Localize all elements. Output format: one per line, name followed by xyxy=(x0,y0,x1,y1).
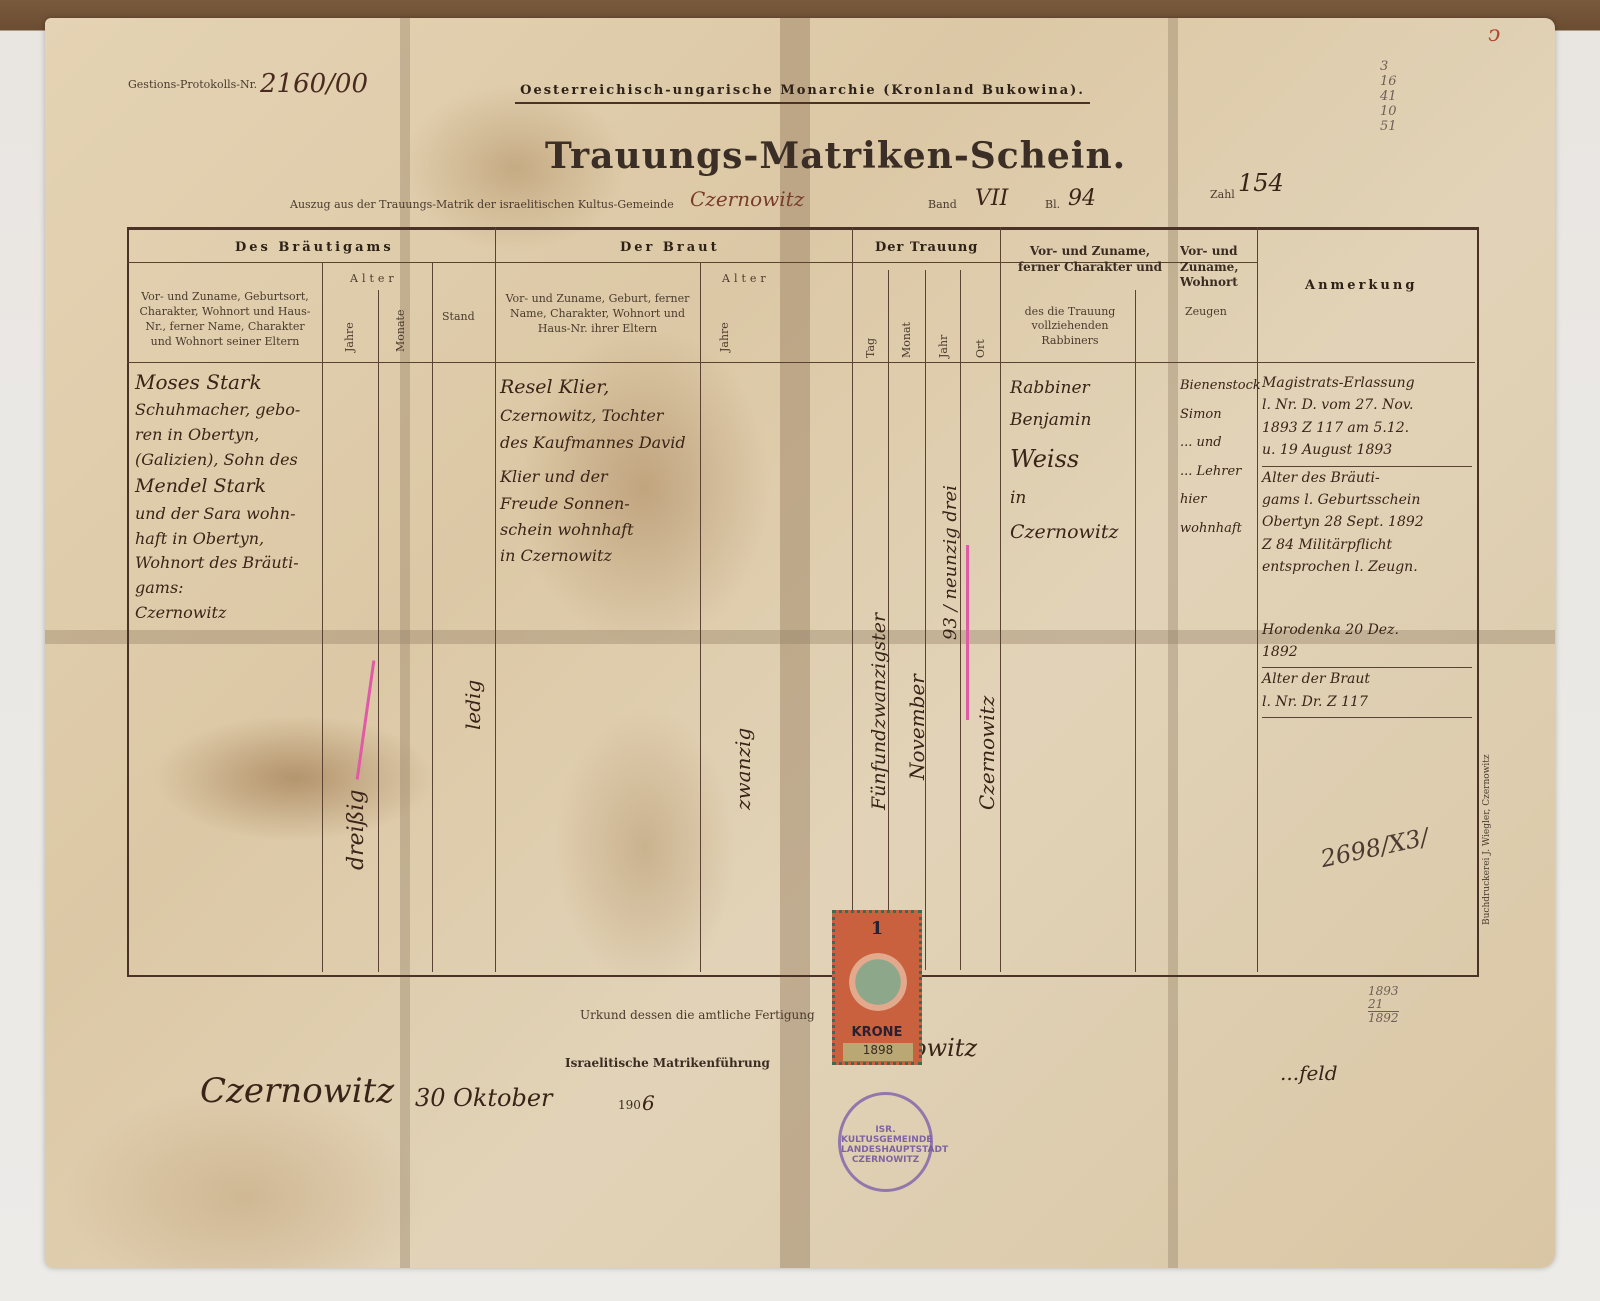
pencil-note: 1892 xyxy=(1368,1011,1399,1025)
registrar-signature: ...feld xyxy=(1280,1058,1338,1089)
groom-entry-line: Wohnort des Bräuti- xyxy=(135,551,320,576)
grid-line xyxy=(378,290,379,972)
grid-line xyxy=(852,227,853,972)
remarks-line: Alter des Bräuti- xyxy=(1262,467,1472,489)
rabbi-title: Rabbiner xyxy=(1010,372,1135,404)
remarks-header: Anmerkung xyxy=(1305,278,1417,293)
marriage-year-value: 93 / neunzig drei xyxy=(937,485,965,640)
pencil-notes-lower-right: 1893 21 1892 xyxy=(1368,985,1399,1026)
protocol-number: 2160/00 xyxy=(260,64,368,104)
remarks-line: Magistrats-Erlassung xyxy=(1262,372,1472,394)
witness-header: Vor- und Zuname, Wohnort xyxy=(1180,244,1255,291)
bride-name-col-header: Vor- und Zuname, Geburt, ferner Name, Ch… xyxy=(500,292,695,337)
marriage-header: Der Trauung xyxy=(875,240,978,255)
grid-line xyxy=(495,227,496,972)
grid-line xyxy=(322,262,323,972)
remarks-line: 1892 xyxy=(1262,641,1472,668)
marriage-month-value: November xyxy=(902,674,933,780)
issue-date: 30 Oktober xyxy=(415,1080,553,1117)
issue-year-prefix: 190 xyxy=(618,1098,641,1112)
stamp-portrait-medallion xyxy=(849,953,907,1011)
pencil-note: 41 xyxy=(1380,90,1410,105)
bride-entry-line: schein wohnhaft xyxy=(500,517,700,543)
witness-sub-header: Zeugen xyxy=(1185,305,1227,318)
grid-line xyxy=(1135,290,1136,972)
grid-line xyxy=(127,362,1475,363)
bride-age-years-header: Jahre xyxy=(718,322,731,352)
bride-entry-line: in Czernowitz xyxy=(500,543,700,569)
groom-name: Moses Stark xyxy=(135,367,320,398)
pencil-note: 21 xyxy=(1368,998,1399,1011)
groom-entry-line: gams: xyxy=(135,576,320,601)
bride-entry-line: des Kaufmannes David xyxy=(500,430,700,456)
marriage-day-value: Fünfundzwanzigster xyxy=(865,613,894,810)
groom-age-months-header: Monate xyxy=(394,310,407,352)
zahl-value: 154 xyxy=(1238,165,1284,202)
blatt-label: Bl. xyxy=(1045,198,1060,211)
blatt-value: 94 xyxy=(1068,182,1096,216)
printer-imprint: Buchdruckerei J. Wiegler, Czernowitz xyxy=(1482,754,1492,925)
bride-stand-value: ledig xyxy=(458,680,489,730)
witness-line: Simon xyxy=(1180,401,1260,430)
document-title: Trauungs-Matriken-Schein. xyxy=(545,135,1126,177)
pencil-note: 10 xyxy=(1380,105,1410,120)
groom-father-name: Mendel Stark xyxy=(135,472,320,501)
bride-age-value: zwanzig xyxy=(728,728,759,810)
band-value: VII xyxy=(975,182,1008,216)
remarks-line: 1893 Z 117 am 5.12. xyxy=(1262,417,1472,439)
pencil-note: 16 xyxy=(1380,75,1410,90)
remarks-line: Horodenka 20 Dez. xyxy=(1262,619,1472,641)
issue-place: Czernowitz xyxy=(200,1065,394,1118)
remarks-line: l. Nr. Dr. Z 117 xyxy=(1262,691,1472,718)
red-corner-mark: ↄ xyxy=(1488,22,1500,47)
remarks-line: gams l. Geburtsschein xyxy=(1262,489,1472,511)
attest-text: Urkund dessen die amtliche Fertigung xyxy=(580,1008,815,1022)
rabbi-entry-line: in xyxy=(1010,482,1135,514)
grid-line xyxy=(700,262,701,972)
grid-line xyxy=(432,262,433,972)
rabbi-first-name: Benjamin xyxy=(1010,404,1135,436)
marriage-day-header: Tag xyxy=(864,338,877,358)
witness-line: ... und xyxy=(1180,429,1260,458)
remarks-line: u. 19 August 1893 xyxy=(1262,439,1472,466)
marriage-year-header: Jahr xyxy=(937,335,950,358)
groom-age-header: Alter xyxy=(350,272,398,285)
marriage-place-value: Czernowitz xyxy=(972,696,1003,810)
bride-age-header: Alter xyxy=(722,272,770,285)
remarks-line: Alter der Braut xyxy=(1262,668,1472,690)
pencil-note: 51 xyxy=(1380,120,1410,135)
remarks-line: Z 84 Militärpflicht xyxy=(1262,534,1472,556)
rabbi-sub-header: des die Trauung vollziehenden Rabbiners xyxy=(1010,305,1130,348)
groom-entry: Moses Stark Schuhmacher, gebo- ren in Ob… xyxy=(135,367,320,626)
groom-entry-line: Schuhmacher, gebo- xyxy=(135,398,320,423)
marriage-month-header: Monat xyxy=(900,322,913,358)
extract-prefix: Auszug aus der Trauungs-Matrik der israe… xyxy=(290,198,674,211)
crown-heading: Oesterreichisch-ungarische Monarchie (Kr… xyxy=(515,83,1090,104)
groom-entry-line: und der Sara wohn- xyxy=(135,502,320,527)
remarks-line: Obertyn 28 Sept. 1892 xyxy=(1262,511,1472,533)
bride-name: Resel Klier, xyxy=(500,372,700,403)
band-label: Band xyxy=(928,198,957,211)
stamp-denomination: KRONE xyxy=(835,1025,919,1040)
stamp-year: 1898 xyxy=(843,1043,913,1061)
groom-name-col-header: Vor- und Zuname, Geburtsort, Charakter, … xyxy=(135,290,315,349)
remarks-entry: Magistrats-Erlassung l. Nr. D. vom 27. N… xyxy=(1262,372,1472,718)
groom-age-years-header: Jahre xyxy=(343,322,356,352)
witness-line: ... Lehrer xyxy=(1180,458,1260,487)
grid-line xyxy=(1000,227,1001,972)
rabbi-entry: Rabbiner Benjamin Weiss in Czernowitz xyxy=(1010,372,1135,551)
revenue-stamp: 1 KRONE 1898 xyxy=(832,910,922,1065)
issue-year-suffix: 6 xyxy=(642,1088,655,1119)
zahl-label: Zahl xyxy=(1210,188,1235,201)
groom-age-value: dreißig xyxy=(340,790,374,870)
pencil-note: 3 xyxy=(1380,60,1410,75)
community-name: Czernowitz xyxy=(690,184,804,215)
bride-entry: Resel Klier, Czernowitz, Tochter des Kau… xyxy=(500,372,700,570)
pink-pencil-mark xyxy=(966,545,969,720)
witness-line: Bienenstock xyxy=(1180,372,1260,401)
remarks-line: l. Nr. D. vom 27. Nov. xyxy=(1262,394,1472,416)
bride-entry-line: Czernowitz, Tochter xyxy=(500,403,700,429)
marriage-place-header: Ort xyxy=(974,339,987,358)
stand-header: Stand xyxy=(442,310,475,323)
witness-line: hier xyxy=(1180,486,1260,515)
bride-entry-line: Freude Sonnen- xyxy=(500,491,700,517)
remarks-line: entsprochen l. Zeugn. xyxy=(1262,556,1472,578)
rabbi-place: Czernowitz xyxy=(1010,514,1135,550)
groom-header: Des Bräutigams xyxy=(235,240,394,255)
bride-header: Der Braut xyxy=(620,240,720,255)
witness-entry: Bienenstock Simon ... und ... Lehrer hie… xyxy=(1180,372,1260,544)
rabbi-header: Vor- und Zuname, ferner Charakter und xyxy=(1010,244,1170,275)
stamp-value: 1 xyxy=(835,918,919,939)
registry-label: Israelitische Matrikenführung xyxy=(565,1056,770,1070)
groom-entry-line: Czernowitz xyxy=(135,601,320,626)
groom-entry-line: (Galizien), Sohn des xyxy=(135,448,320,473)
groom-entry-line: ren in Obertyn, xyxy=(135,423,320,448)
bride-entry-line: Klier und der xyxy=(500,464,700,490)
grid-line xyxy=(1257,227,1258,972)
witness-line: wohnhaft xyxy=(1180,515,1260,544)
protocol-label: Gestions-Protokolls-Nr. xyxy=(128,78,257,91)
pencil-notes-top-right: 3 16 41 10 51 xyxy=(1380,60,1410,135)
groom-entry-line: haft in Obertyn, xyxy=(135,527,320,552)
official-seal: ISR. KULTUSGEMEINDE LANDESHAUPTSTADT CZE… xyxy=(838,1092,933,1192)
rabbi-last-name: Weiss xyxy=(1010,437,1135,483)
grid-line xyxy=(925,270,926,970)
